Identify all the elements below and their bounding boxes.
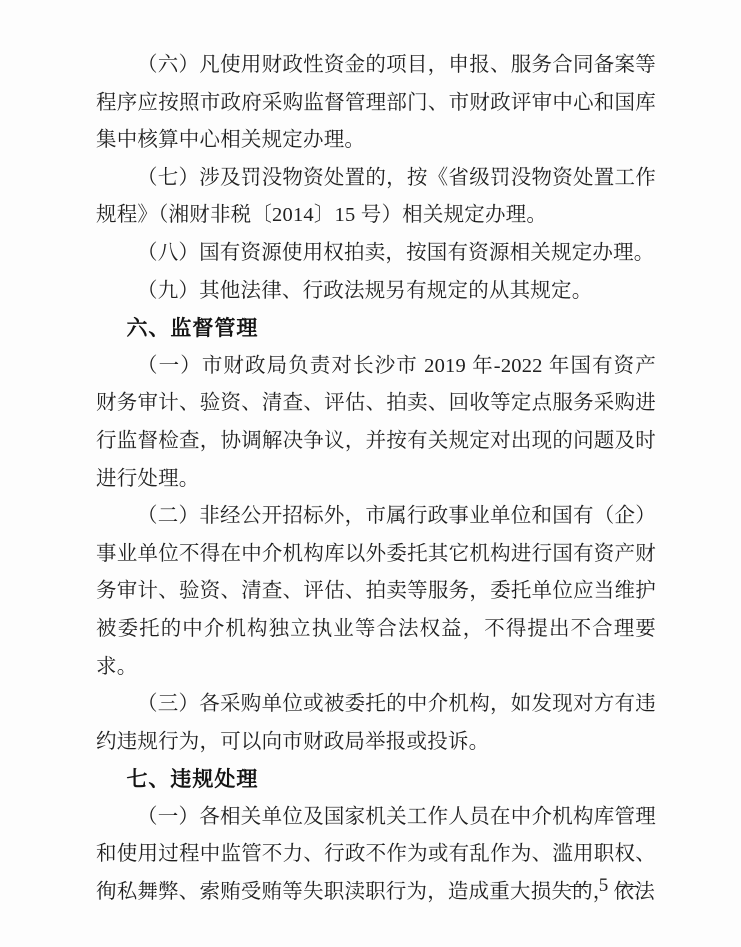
document-body: （六）凡使用财政性资金的项目，申报、服务合同备案等程序应按照市政府采购监督管理部… [96,47,656,912]
paragraph-item-8: （八）国有资源使用权拍卖，按国有资源相关规定办理。 [96,235,656,273]
document-page: （六）凡使用财政性资金的项目，申报、服务合同备案等程序应按照市政府采购监督管理部… [0,0,741,947]
paragraph-item-6: （六）凡使用财政性资金的项目，申报、服务合同备案等程序应按照市政府采购监督管理部… [96,47,656,160]
paragraph-supervision-2: （二）非经公开招标外，市属行政事业单位和国有（企）事业单位不得在中介机构库以外委… [96,498,656,686]
paragraph-supervision-3: （三）各采购单位或被委托的中介机构，如发现对方有违约违规行为，可以向市财政局举报… [96,686,656,761]
section-heading-7: 七、违规处理 [96,761,656,799]
page-number: — 5 — [569,872,641,900]
paragraph-supervision-1: （一）市财政局负责对长沙市 2019 年-2022 年国有资产财务审计、验资、清… [96,348,656,498]
section-heading-6: 六、监督管理 [96,310,656,348]
paragraph-item-7: （七）涉及罚没物资处置的，按《省级罚没物资处置工作规程》（湘财非税〔2014〕1… [96,160,656,235]
paragraph-item-9: （九）其他法律、行政法规另有规定的从其规定。 [96,273,656,311]
